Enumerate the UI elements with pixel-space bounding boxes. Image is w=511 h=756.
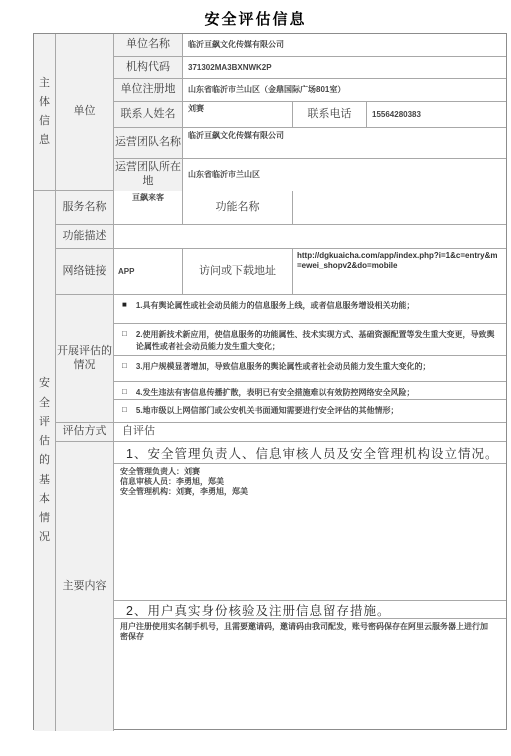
assessment-table: 主体信息 单位 单位名称 临沂亘飙文化传媒有限公司 机构代码 371302MA3… [33, 33, 507, 730]
info-auditor-line: 信息审核人员：李勇旭，郑美 [120, 477, 494, 487]
evaluation-items: ■ 1.具有舆论属性或社会动员能力的信息服务上线，或者信息服务增设相关功能； □… [114, 295, 506, 423]
team-name-value: 临沂亘飙文化传媒有限公司 [183, 128, 506, 159]
security-org-line: 安全管理机构：刘赛，李勇旭，郑美 [120, 487, 494, 497]
table-row: 运营团队名称 临沂亘飙文化传媒有限公司 [114, 128, 506, 159]
table-row: 单位名称 临沂亘飙文化传媒有限公司 [114, 34, 506, 57]
table-row: 机构代码 371302MA3BXNWK2P [114, 57, 506, 79]
team-addr-label: 运营团队所在地 [114, 159, 183, 191]
evaluation-item-text: 5.地市级以上网信部门或公安机关书面通知需要进行安全评估的其他情形； [136, 405, 399, 422]
checkbox-unchecked-icon: □ [122, 405, 127, 422]
identity-verification-line: 用户注册使用实名制手机号，且需要邀请码，邀请码由我司配发，账号密码保存在阿里云服… [120, 622, 494, 642]
list-item: ■ 1.具有舆论属性或社会动员能力的信息服务上线，或者信息服务增设相关功能； [114, 295, 506, 324]
main-part1-body: 安全管理负责人：刘赛 信息审核人员：李勇旭，郑美 安全管理机构：刘赛，李勇旭，郑… [114, 464, 506, 601]
service-name-label: 服务名称 [56, 191, 114, 225]
checkbox-unchecked-icon: □ [122, 329, 127, 355]
assessment-section-label-cell: 安全评估的基本情况 [34, 191, 56, 731]
table-row: 评估方式 自评估 [56, 423, 506, 442]
contact-name-label: 联系人姓名 [114, 102, 183, 128]
evaluation-status-label: 开展评估的情况 [56, 295, 114, 423]
reg-addr-label: 单位注册地 [114, 79, 183, 102]
table-row: 开展评估的情况 ■ 1.具有舆论属性或社会动员能力的信息服务上线，或者信息服务增… [56, 295, 506, 423]
reg-addr-value: 山东省临沂市兰山区（金鼎国际广场801室） [183, 79, 506, 102]
main-part1-heading: 1、安全管理负责人、信息审核人员及安全管理机构设立情况。 [114, 442, 506, 464]
func-desc-label: 功能描述 [56, 225, 114, 249]
section-assessment: 安全评估的基本情况 服务名称 亘飙来客 功能名称 功能描述 网络链接 APP 访… [34, 191, 506, 731]
list-item: □ 2.使用新技术新应用，使信息服务的功能属性、技术实现方式、基础资源配置等发生… [114, 324, 506, 356]
team-addr-value: 山东省临沂市兰山区 [183, 159, 506, 191]
unit-name-value: 临沂亘飙文化传媒有限公司 [183, 34, 506, 57]
checkbox-unchecked-icon: □ [122, 361, 127, 381]
evaluation-item-text: 2.使用新技术新应用，使信息服务的功能属性、技术实现方式、基础资源配置等发生重大… [136, 329, 498, 355]
subject-section-label: 主体信息 [39, 74, 51, 151]
contact-name-value: 刘赛 [183, 102, 293, 128]
evaluation-item-text: 4.发生违法有害信息传播扩散，表明已有安全措施难以有效防控网络安全风险； [136, 387, 415, 399]
table-row: 单位注册地 山东省临沂市兰山区（金鼎国际广场801室） [114, 79, 506, 102]
evaluation-item-text: 1.具有舆论属性或社会动员能力的信息服务上线，或者信息服务增设相关功能； [136, 300, 415, 323]
func-name-value [293, 191, 506, 225]
unit-group-cell: 单位 [56, 34, 114, 191]
link-url-value: http://dgkuaicha.com/app/index.php?i=1&c… [293, 249, 506, 295]
list-item: □ 3.用户规模显著增加，导致信息服务的舆论属性或者社会动员能力发生重大变化的； [114, 356, 506, 382]
func-name-label: 功能名称 [183, 191, 293, 225]
link-addr-label: 访问或下载地址 [183, 249, 293, 295]
table-row: 网络链接 APP 访问或下载地址 http://dgkuaicha.com/ap… [56, 249, 506, 295]
contact-phone-label: 联系电话 [293, 102, 367, 128]
method-value: 自评估 [114, 423, 506, 442]
table-row: 服务名称 亘飙来客 功能名称 [56, 191, 506, 225]
func-desc-value [114, 225, 506, 249]
team-name-label: 运营团队名称 [114, 128, 183, 159]
subject-section-label-cell: 主体信息 [34, 34, 56, 191]
table-row: 联系人姓名 刘赛 联系电话 15564280383 [114, 102, 506, 128]
security-manager-line: 安全管理负责人：刘赛 [120, 467, 494, 477]
assessment-rows: 服务名称 亘飙来客 功能名称 功能描述 网络链接 APP 访问或下载地址 htt… [56, 191, 506, 731]
subject-rows: 单位名称 临沂亘飙文化传媒有限公司 机构代码 371302MA3BXNWK2P … [114, 34, 506, 191]
contact-phone-value: 15564280383 [367, 102, 506, 128]
list-item: □ 4.发生违法有害信息传播扩散，表明已有安全措施难以有效防控网络安全风险； [114, 382, 506, 400]
table-row: 主要内容 1、安全管理负责人、信息审核人员及安全管理机构设立情况。 安全管理负责… [56, 442, 506, 731]
method-label: 评估方式 [56, 423, 114, 442]
main-content-label: 主要内容 [56, 442, 114, 731]
org-code-value: 371302MA3BXNWK2P [183, 57, 506, 79]
network-link-label: 网络链接 [56, 249, 114, 295]
main-part2-heading: 2、用户真实身份核验及注册信息留存措施。 [114, 601, 506, 619]
page-title: 安全评估信息 [0, 8, 511, 29]
evaluation-item-text: 3.用户规模显著增加，导致信息服务的舆论属性或者社会动员能力发生重大变化的； [136, 361, 431, 381]
checkbox-checked-icon: ■ [122, 300, 127, 323]
main-content: 1、安全管理负责人、信息审核人员及安全管理机构设立情况。 安全管理负责人：刘赛 … [114, 442, 506, 731]
section-subject: 主体信息 单位 单位名称 临沂亘飙文化传媒有限公司 机构代码 371302MA3… [34, 34, 506, 191]
unit-group-label: 单位 [74, 105, 96, 119]
assessment-section-label: 安全评估的基本情况 [39, 374, 51, 547]
checkbox-unchecked-icon: □ [122, 387, 127, 399]
link-type-value: APP [114, 249, 183, 295]
org-code-label: 机构代码 [114, 57, 183, 79]
unit-name-label: 单位名称 [114, 34, 183, 57]
main-part2-body: 用户注册使用实名制手机号，且需要邀请码，邀请码由我司配发，账号密码保存在阿里云服… [114, 619, 506, 731]
table-row: 运营团队所在地 山东省临沂市兰山区 [114, 159, 506, 191]
list-item: □ 5.地市级以上网信部门或公安机关书面通知需要进行安全评估的其他情形； [114, 400, 506, 423]
service-name-value: 亘飙来客 [114, 191, 183, 225]
table-row: 功能描述 [56, 225, 506, 249]
